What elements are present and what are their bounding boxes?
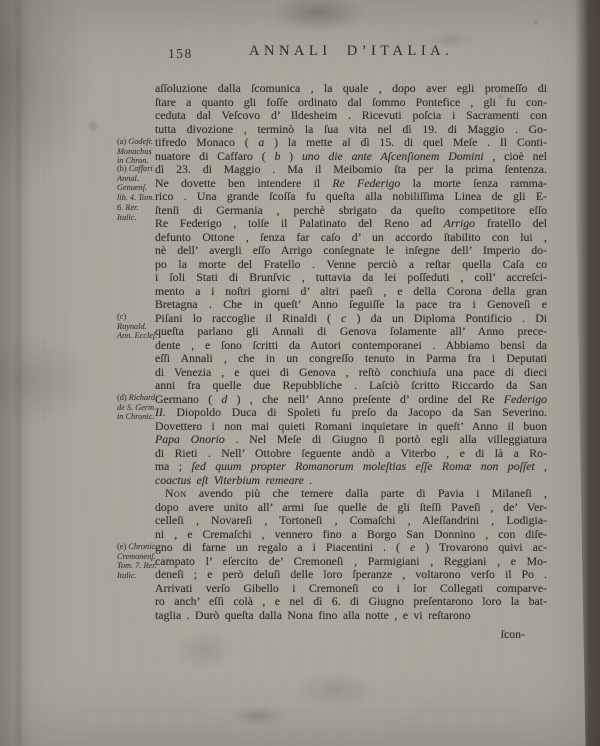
catchword: ſcon-: [155, 627, 525, 642]
text-line: po la morte del Fratello . Venne perciò …: [155, 258, 547, 272]
text-line: celleſi , Novareſi , Tortoneſi , Comaſch…: [155, 514, 547, 528]
margin-note-label: (c): [117, 312, 126, 321]
margin-note-text: Raynald. Ann. Eccleſ.: [117, 322, 157, 341]
text-line: Piſani lo raccoglie il Rinaldi ( c ) da …: [155, 312, 547, 326]
text-line: ceduta dal Veſcovo d’ Ildesheim . Ricevu…: [155, 109, 547, 123]
body-text: aſſoluzione dalla ſcomunica , la quale ,…: [155, 82, 547, 622]
text-line: taglia . Durò queſta dalla Nona fino all…: [155, 609, 547, 623]
text-line: tifredo Monaco ( a ) la mette al dì 15. …: [155, 136, 547, 150]
text-line: Dovettero i non mai quieti Romani inquie…: [155, 420, 547, 434]
text-line: Re Federigo , tolſe il Palatinato del Re…: [155, 217, 547, 231]
text-line: defunto Ottone , ſenza far caſo d’ un ac…: [155, 231, 547, 245]
text-line: i ſoli Stati di Brunſvic , tuttavia da l…: [155, 271, 547, 285]
page-number: 158: [168, 46, 193, 62]
text-line: nuatore di Caffaro ( b ) uno die ante Aſ…: [155, 150, 547, 164]
margin-note-b: (b) Caffari Annal. Genuenſ. lib. 4. Tom.…: [117, 164, 158, 222]
text-line: ſtenſi di Germania , perchè sbrigato da …: [155, 204, 547, 218]
margin-note-d: (d) Richard. de S. Germ. in Chronic.: [117, 393, 158, 422]
text-line: Bretagna . Che in queſt’ Anno ſeguiſſe l…: [155, 298, 547, 312]
text-line: dopo avere unito all’ armi ſue quelle de…: [155, 501, 547, 515]
text-line: anni fra quelle due Repubbliche . Laſciò…: [155, 379, 547, 393]
text-line: ni , e Cremaſchi , vennero fino a Borgo …: [155, 528, 547, 542]
margin-note-c: (c) Raynald. Ann. Eccleſ.: [117, 312, 158, 341]
text-line: ma ; ſed quum propter Romanorum moleſtia…: [155, 460, 547, 474]
text-line: coactus eſt Viterbium remeare .: [155, 474, 547, 488]
margin-note-label: (b): [117, 164, 129, 173]
body-paragraph-2: Non avendo più che temere dalla parte di…: [155, 487, 547, 622]
margin-note-label: (a): [117, 137, 128, 146]
page-title: ANNALI D’ITALIA.: [249, 43, 453, 60]
page-gutter-crease: [14, 0, 24, 746]
body-paragraph-1: aſſoluzione dalla ſcomunica , la quale ,…: [155, 82, 547, 487]
text-line: di Venezia , e quei di Genova , reſtò co…: [155, 366, 547, 380]
margin-note-a: (a) Godefr. Monachus in Chron.: [117, 137, 158, 166]
text-line: ro anch’ eſſi colà , e nel dì 6. di Giug…: [155, 595, 547, 609]
text-line: rico . Una grande ſcoſſa fu queſta alla …: [155, 190, 547, 204]
text-line: gno di farne un regalo a i Piacentini . …: [155, 541, 547, 555]
margin-note-e: (e) Chronic. Cremonenſ. Tom. 7. Rer. Ita…: [117, 542, 158, 581]
margin-note-label: (e): [117, 542, 128, 551]
text-line: dente , e ſono ſcritti da Autori contemp…: [155, 339, 547, 353]
text-line: Non avendo più che temere dalla parte di…: [155, 487, 547, 501]
text-line: queſta parlano gli Annali di Genova ſola…: [155, 325, 547, 339]
text-line: aſſoluzione dalla ſcomunica , la quale ,…: [155, 82, 547, 96]
text-line: Papa Onorio . Nel Meſe di Giugno ſi port…: [155, 433, 547, 447]
text-line: nè dell’ avergli eſſo Arrigo conſegnate …: [155, 244, 547, 258]
text-line: Germano ( d ) , che nell’ Anno preſente …: [155, 393, 547, 407]
text-line: ſtare a quanto gli foſſe ordinato dal ſo…: [155, 96, 547, 110]
margin-note-label: (d): [117, 393, 129, 402]
text-line: eſſi Annali , che in un congreſſo tenuto…: [155, 352, 547, 366]
book-page-scan: 158 ANNALI D’ITALIA. (a) Godefr. Monachu…: [0, 0, 600, 746]
text-line: II. Diopoldo Duca di Spoleti fu preſo da…: [155, 406, 547, 420]
text-line: deneſi ; e però deluſi delle loro ſperan…: [155, 568, 547, 582]
page-edge-shadow: [575, 0, 600, 746]
text-line: tutta divozione , terminò la ſua vita ne…: [155, 123, 547, 137]
text-line: mento a i noſtri giorni d’ altri paeſi ,…: [155, 285, 547, 299]
text-line: dì 23. di Maggio . Ma il Meibomio ſta pe…: [155, 163, 547, 177]
text-line: di Rieti . Nell’ Ottobre ſeguente andò a…: [155, 447, 547, 461]
text-line: Ne dovette ben intendere il Re Federigo …: [155, 177, 547, 191]
text-line: Arrivati verſo Gibello i Cremoneſi co i …: [155, 582, 547, 596]
text-line: campato l’ eſercito de’ Cremoneſi , Parm…: [155, 555, 547, 569]
